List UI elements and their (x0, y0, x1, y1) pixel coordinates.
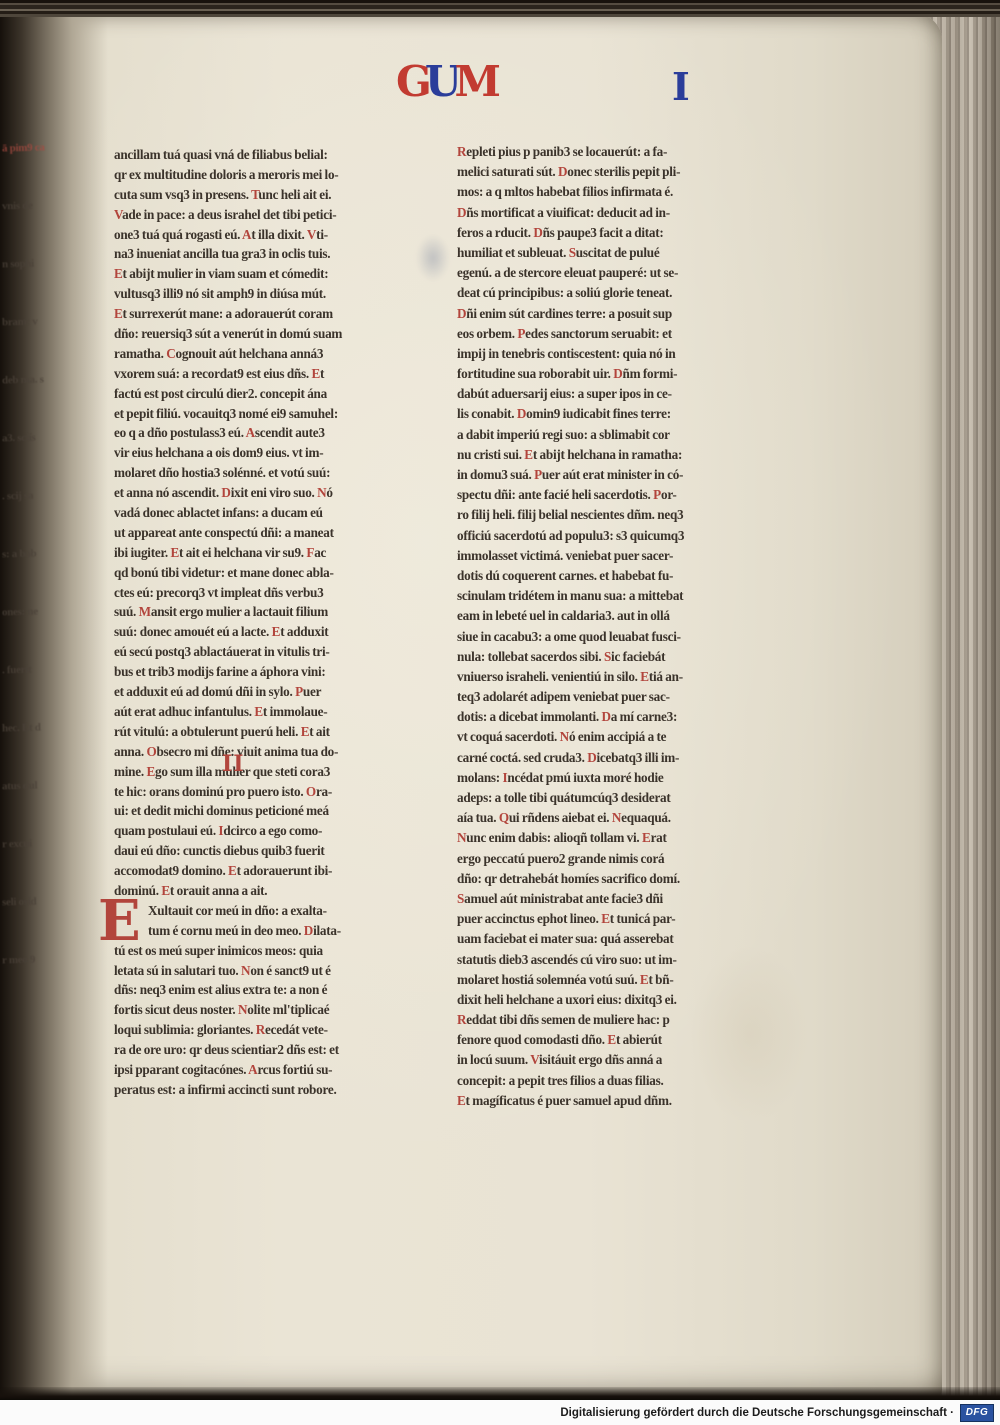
text-line: vxorem suá: a recordat9 est eius dñs. Et (114, 364, 411, 384)
text-line: mos: a q mltos habebat filios infirmata … (457, 182, 777, 202)
text-line: ibi iugiter. Et ait ei helchana vir su9.… (114, 543, 411, 563)
previous-leaf-text-fragment: ones: ne (2, 606, 38, 619)
running-title: GUM (396, 60, 498, 110)
text-line: dño: reuersiq3 sút a venerút in domú sua… (114, 324, 411, 344)
previous-leaf-text-fragment: . fuerit (2, 664, 32, 677)
text-line: factú est post circulú dier2. concepit á… (114, 384, 411, 404)
text-line: ipsi pparant cogitacónes. Arcus fortiú s… (114, 1060, 411, 1080)
text-line: concepit: a pepit tres filios a duas fil… (457, 1071, 777, 1091)
text-line: statutis dieb3 ascendés cú viro suo: ut … (457, 950, 777, 970)
text-line: dotis dú coquerent carnes. et habebat fu… (457, 566, 777, 586)
text-line: Et surrexerút mane: a adorauerút coram (114, 304, 411, 324)
text-line: eo q a dño postulass3 eú. Ascendit aute3 (114, 423, 411, 443)
text-line: vadá donec ablactet infans: a ducam eú (114, 503, 411, 523)
drop-cap-initial: E (98, 893, 144, 949)
text-line: nula: tollebat sacerdos sibi. Sic facieb… (457, 647, 777, 667)
text-line: eú secú postq3 ablactáuerat in vitulis t… (114, 642, 411, 662)
chapter-numeral-one: I (672, 64, 690, 109)
text-line: ut appareat ante conspectú dñi: a maneat (114, 523, 411, 543)
text-line: scinulam tridétem in manu sua: a mitteba… (457, 586, 777, 606)
text-line: in domu3 suá. Puer aút erat minister in … (457, 465, 777, 485)
binding-gutter: ā pim9 cavnis den sophibram: vdeb ma. sa… (0, 14, 108, 1400)
text-line: suú. Mansit ergo mulier a lactauit filiu… (114, 602, 411, 622)
text-line: egenú. a de stercore eleuat pauperé: ut … (457, 263, 777, 283)
text-line: letata sú in salutari tuo. Non é sanct9 … (114, 961, 411, 981)
text-line: ctes eú: precorq3 vt impleat dñs verbu3 (114, 583, 411, 603)
text-line: aía tua. Qui rñdens aiebat ei. Nequaquá. (457, 808, 777, 828)
text-line: nu cristi sui. Et abijt helchana in rama… (457, 445, 777, 465)
text-line: melici saturati sút. Donec sterilis pepi… (457, 162, 777, 182)
text-line: feros a rducit. Dñs paupe3 facit a ditat… (457, 223, 777, 243)
text-line: molaret hostiá solemnéa votú suú. Et bñ- (457, 970, 777, 990)
text-line: spectu dñi: ante facié heli sacerdotis. … (457, 485, 777, 505)
text-line: accomodat9 domino. Et adorauerunt ibi- (114, 861, 411, 881)
text-line: teq3 adolarét adipem veniebat puer sac- (457, 687, 777, 707)
text-line: ancillam tuá quasi vná de filiabus belia… (114, 145, 411, 165)
text-line: daui eú dño: cunctis diebus quib3 fuerit (114, 841, 411, 861)
text-line: Et magíficatus é puer samuel apud dñm. (457, 1091, 777, 1111)
text-line: qr ex multitudine doloris a meroris mei … (114, 165, 411, 185)
text-line: bus et trib3 modijs farine a áphora vini… (114, 662, 411, 682)
text-line: Dñi enim sút cardines terre: a posuit su… (457, 304, 777, 324)
text-line: Repleti pius p panib3 se locauerút: a fa… (457, 142, 777, 162)
manuscript-photo: ā pim9 cavnis den sophibram: vdeb ma. sa… (0, 0, 1000, 1425)
text-line: dominú. Et orauit anna a ait. (114, 881, 411, 901)
chapter-numeral-two: II (222, 751, 245, 777)
text-line: Samuel aút ministrabat ante facie3 dñi (457, 889, 777, 909)
text-line: et anna nó ascendit. Dixit eni viro suo.… (114, 483, 411, 503)
previous-leaf-text-fragment: hec. Et d (2, 721, 41, 734)
ink-smudge (416, 234, 450, 282)
text-line: anna. Obsecro mi dñe: viuit anima tua do… (114, 742, 411, 762)
text-line: in locú suum. Visitáuit ergo dñs anná a (457, 1050, 777, 1070)
previous-leaf-text-fragment: r meo 9 (2, 954, 35, 967)
text-line: fortitudine sua roborabit uir. Dñm formi… (457, 364, 777, 384)
text-line: fortis sicut deus noster. Nolite ml'tipl… (114, 1000, 411, 1020)
previous-leaf-text-fragment: atus dul (2, 780, 38, 793)
text-line: tú est os meú super inimicos meos: quia (114, 941, 411, 961)
text-line: siue in cacabu3: a ome quod leuabat fusc… (457, 627, 777, 647)
text-column-left: E ancillam tuá quasi vná de filiabus bel… (114, 145, 411, 1100)
text-line: ergo peccatú puero2 grande nimis corá (457, 849, 777, 869)
text-line: Dñs mortificat a viuificat: deducit ad i… (457, 203, 777, 223)
text-line: loqui sublimia: gloriantes. Recedát vete… (114, 1020, 411, 1040)
text-line: vniuerso israheli. venientiú in silo. Et… (457, 667, 777, 687)
text-line: dabút aduersarij eius: a super ipos in c… (457, 384, 777, 404)
text-line: Xultauit cor meú in dño: a exalta- (114, 901, 411, 921)
text-line: peratus est: a infirmi accincti sunt rob… (114, 1080, 411, 1100)
text-line: na3 inueniat ancilla tua gra3 in oclis t… (114, 244, 411, 264)
previous-leaf-text-fragment: bram: v (2, 316, 38, 329)
text-line: adeps: a tolle tibi quátumcúq3 desiderat (457, 788, 777, 808)
text-line: a dabit imperiú regi suo: a sblimabit co… (457, 425, 777, 445)
text-line: dñs: neq3 enim est alius extra te: a non… (114, 980, 411, 1000)
previous-leaf-text-fragment: . scij sa (2, 490, 34, 503)
text-line: suú: donec amouét eú a lacte. Et adduxit (114, 622, 411, 642)
text-line: ro filij heli. filij belial nescientes d… (457, 505, 777, 525)
text-line: cuta sum vsq3 in presens. Tunc heli ait … (114, 185, 411, 205)
text-line: vir eius helchana a ois dom9 eius. vt im… (114, 443, 411, 463)
digitization-credit: Digitalisierung gefördert durch die Deut… (560, 1407, 954, 1419)
previous-leaf-text-fragment: seli osid (2, 896, 37, 909)
text-line: et pepit filiú. vocauitq3 nomé ei9 samuh… (114, 404, 411, 424)
running-title-letter: M (455, 60, 499, 104)
text-line: rút vitulú: a obtulerunt puerú heli. Et … (114, 722, 411, 742)
previous-leaf-text-fragment: vnis de (2, 200, 33, 213)
text-line: carné coctá. sed cruda3. Dicebatq3 illi … (457, 748, 777, 768)
text-line: deat cú principibus: a soliú glorie tene… (457, 283, 777, 303)
text-line: et adduxit eú ad domú dñi in sylo. Puer (114, 682, 411, 702)
text-line: Nunc enim dabis: alioqñ tollam vi. Erat (457, 828, 777, 848)
page-stack-top-edge (0, 0, 1000, 17)
text-line: Vade in pace: a deus israhel det tibi pe… (114, 205, 411, 225)
previous-leaf-text-fragment: s: a bab (2, 548, 37, 561)
text-line: quam postulaui eú. Idcirco a ego como- (114, 821, 411, 841)
text-line: vultusq3 illi9 nó sit amph9 in diúsa mút… (114, 284, 411, 304)
text-line: te hic: orans dominú pro puero isto. Ora… (114, 782, 411, 802)
dfg-logo: DFG (960, 1404, 994, 1422)
text-line: dixit heli helchane a uxori eius: dixitq… (457, 990, 777, 1010)
text-line: dño: qr detrahebát homíes sacrifico domí… (457, 869, 777, 889)
text-line: eam in lebeté uel in caldaria3. aut in o… (457, 606, 777, 626)
text-line: molaret dño hostia3 solénné. et votú suú… (114, 463, 411, 483)
text-line: dotis: a dicebat immolanti. Da mí carne3… (457, 707, 777, 727)
text-line: immolasset victimá. veniebat puer sacer- (457, 546, 777, 566)
text-column-right: Repleti pius p panib3 se locauerút: a fa… (457, 142, 777, 1111)
digitization-footer: Digitalisierung gefördert durch die Deut… (0, 1400, 1000, 1425)
text-line: eos orbem. Pedes sanctorum seruabit: et (457, 324, 777, 344)
text-line: fenore quod comodasti dño. Et abierút (457, 1030, 777, 1050)
running-title-letter: U (425, 60, 459, 104)
text-line: ui: et dedit michi dominus peticioné meá (114, 801, 411, 821)
text-line: puer accinctus ephot lineo. Et tunicá pa… (457, 909, 777, 929)
text-line: Reddat tibi dñs semen de muliere hac: p (457, 1010, 777, 1030)
text-line: ramatha. Cognouit aút helchana anná3 (114, 344, 411, 364)
previous-leaf-text-fragment: r excui (2, 838, 32, 851)
text-line: humiliat et subleuat. Suscitat de pulué (457, 243, 777, 263)
text-line: one3 tuá quá rogasti eú. At illa dixit. … (114, 225, 411, 245)
text-line: uam faciebat ei mater sua: quá asserebat (457, 929, 777, 949)
text-line: vt coquá sacerdoti. Nó enim accipiá a te (457, 727, 777, 747)
text-line: officiú sacerdotú ad populu3: s3 quicumq… (457, 526, 777, 546)
book-bottom-edge (0, 1387, 1000, 1400)
manuscript-page: ā pim9 cavnis den sophibram: vdeb ma. sa… (0, 14, 942, 1400)
previous-leaf-text-fragment: ā pim9 ca (2, 141, 45, 154)
text-line: molans: Incédat pmú iuxta moré hodie (457, 768, 777, 788)
text-line: qd bonú tibi videtur: et mane donec abla… (114, 563, 411, 583)
text-line: ra de ore uro: qr deus scientiar2 dñs es… (114, 1040, 411, 1060)
text-line: mine. Ego sum illa mulier que steti cora… (114, 762, 411, 782)
text-line: Et abijt mulier in viam suam et cómedit: (114, 264, 411, 284)
text-line: lis conabit. Domin9 iudicabit fines terr… (457, 404, 777, 424)
previous-leaf-text-fragment: deb ma. s (2, 373, 44, 386)
text-line: impij in tenebris contiscestent: quia nó… (457, 344, 777, 364)
text-line: tum é cornu meú in deo meo. Dilata- (114, 921, 411, 941)
text-line: aút erat adhuc infantulus. Et immolaue- (114, 702, 411, 722)
previous-leaf-text-fragment: n sophi (2, 258, 34, 271)
previous-leaf-text-fragment: a3. sciís (2, 432, 36, 445)
